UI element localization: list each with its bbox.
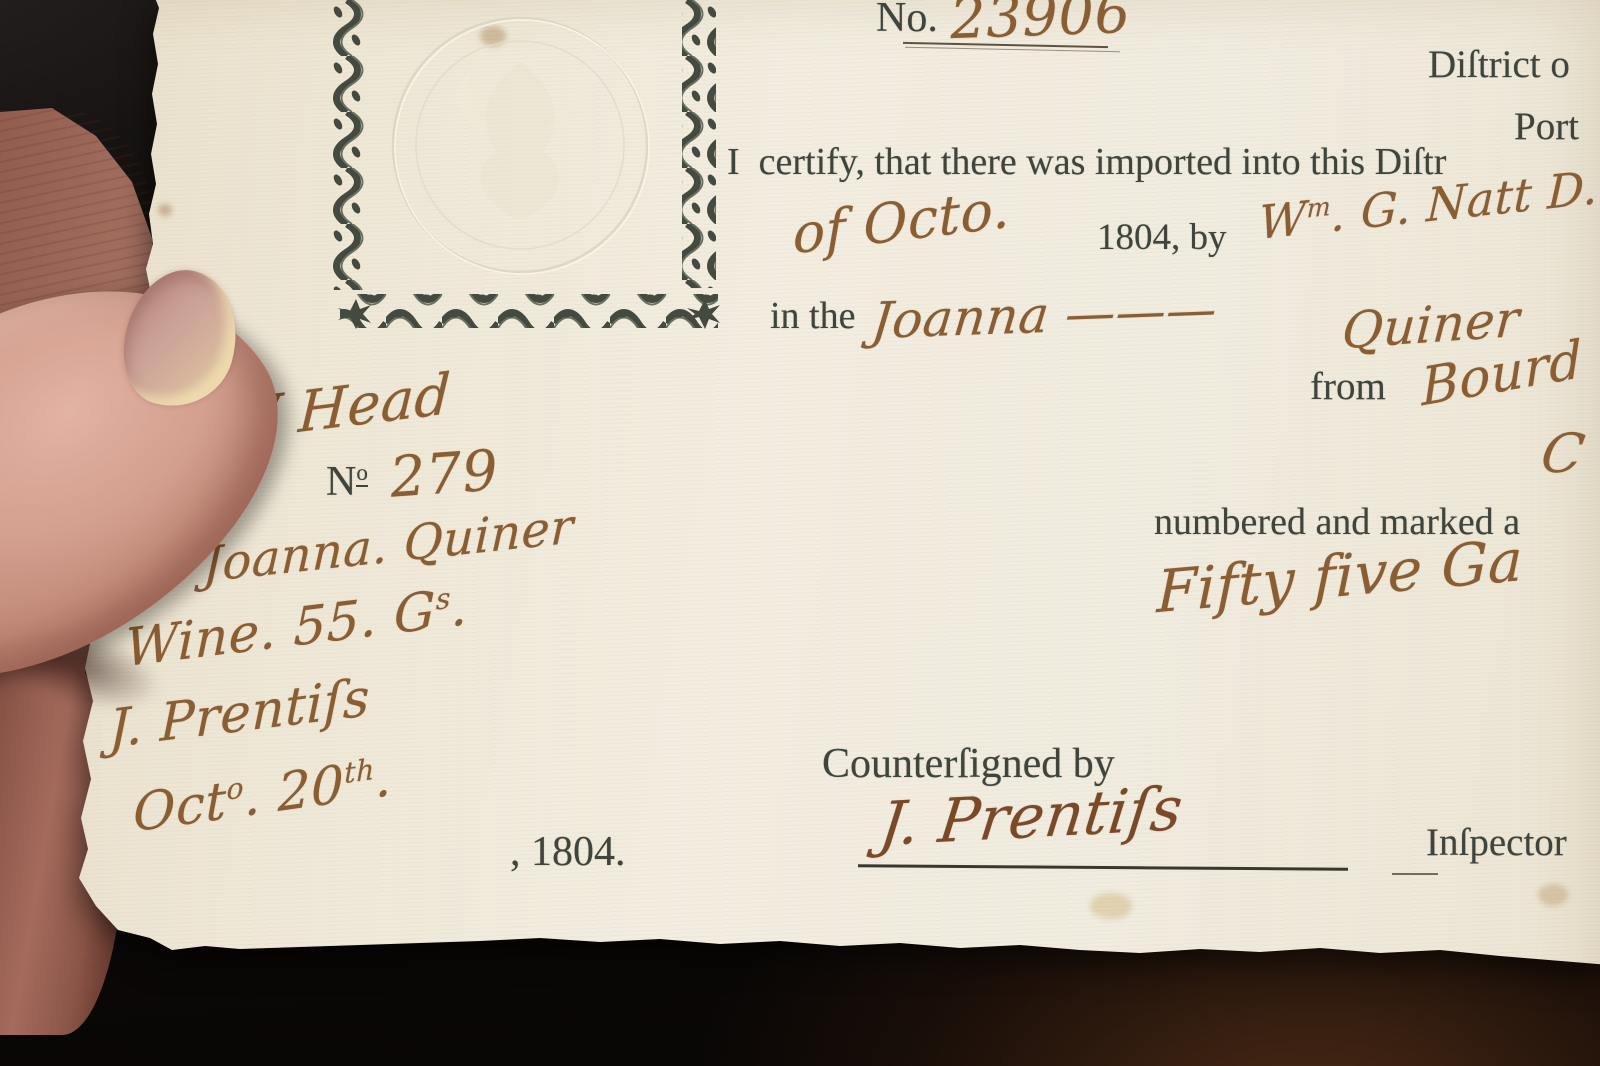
paper-stain bbox=[1538, 884, 1568, 906]
inspector-label: Inſpector bbox=[1426, 820, 1567, 865]
from-label: from bbox=[1310, 364, 1386, 409]
vessel-name-manuscript: Joanna ——— bbox=[869, 280, 1220, 350]
photo-of-1804-customs-certificate: No. 23906 Diſtrict o Port I certify, tha… bbox=[0, 0, 1600, 1066]
decorative-border-and-seal-icon bbox=[330, 0, 725, 340]
document-sheet-wrap: No. 23906 Diſtrict o Port I certify, tha… bbox=[0, 0, 1600, 1066]
signature-underline-extension bbox=[1392, 873, 1438, 875]
printed-year: , 1804. bbox=[510, 828, 626, 876]
border-right-strip bbox=[682, 0, 716, 288]
border-left-strip bbox=[333, 0, 367, 290]
paper-stain bbox=[1090, 893, 1132, 919]
paper-stain bbox=[158, 204, 172, 216]
certify-line: I certify, that there was imported into … bbox=[727, 140, 1446, 184]
port-line: Port bbox=[1514, 104, 1579, 149]
docket-number-label: No bbox=[326, 458, 368, 506]
embossed-eagle-seal-icon bbox=[393, 18, 649, 274]
vessel-label: in the bbox=[770, 294, 855, 338]
district-line: Diſtrict o bbox=[1428, 42, 1570, 87]
year-by-printed: 1804, by bbox=[1097, 216, 1227, 259]
border-bottom-strip bbox=[340, 294, 718, 328]
serial-number-label: No. bbox=[876, 0, 938, 42]
docket-number-manuscript: 279 bbox=[388, 438, 501, 510]
